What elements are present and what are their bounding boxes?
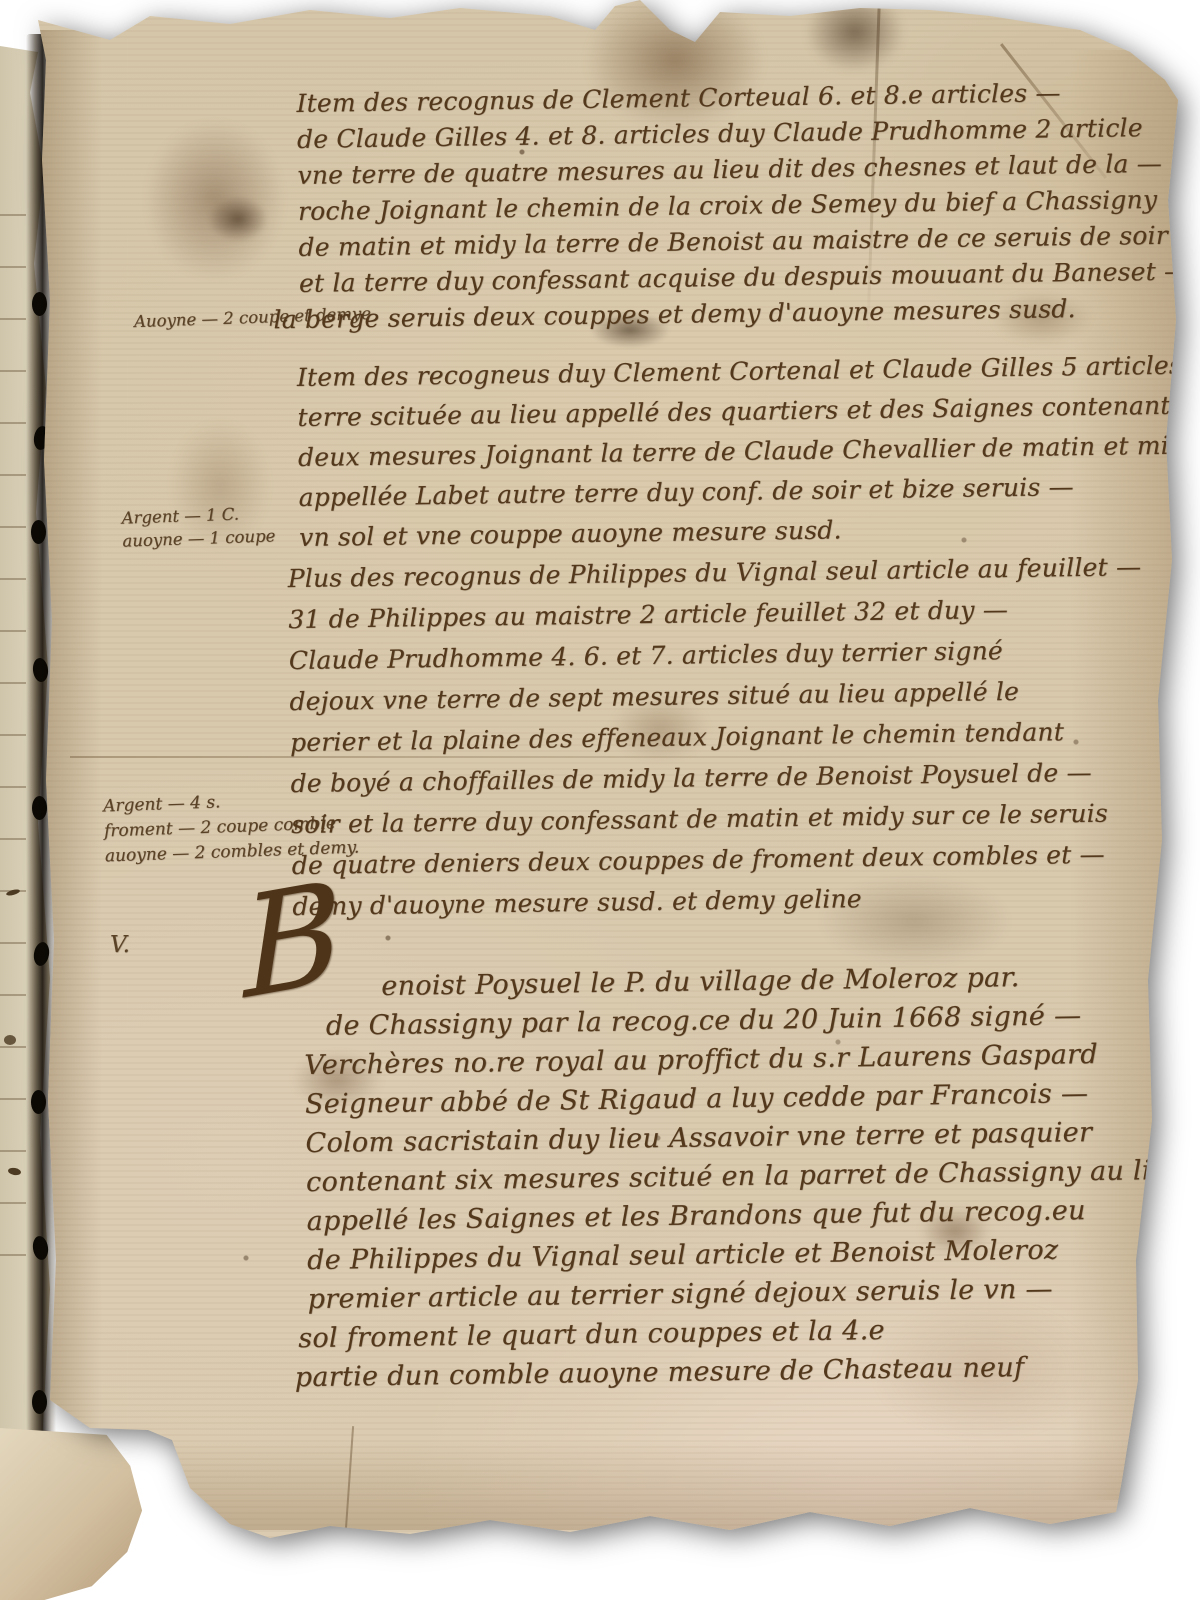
- paragraph-benoist: enoist Poysuel le P. du village de Moler…: [303, 956, 1179, 1397]
- paragraph-item-1: Item des recognus de Clement Corteual 6.…: [296, 74, 1149, 338]
- margin-note-money-oats: Argent — 1 C. auoyne — 1 coupe: [121, 501, 275, 552]
- stacked-page-edges: [0, 180, 26, 1280]
- margin-letter-v: V.: [110, 934, 130, 957]
- paragraph-plus: Plus des recognus de Philippes du Vignal…: [287, 546, 1162, 927]
- book-page-wrap: Auoyne — 2 coupe et demye Argent — 1 C. …: [30, 0, 1190, 1600]
- paragraph-item-2: Item des recogneus duy Clement Cortenal …: [297, 346, 1160, 558]
- manuscript-photo: { "photo": { "subject": "Page manuscrite…: [0, 0, 1200, 1600]
- ink-showthrough-mark: [4, 1035, 16, 1045]
- book-page: Auoyne — 2 coupe et demye Argent — 1 C. …: [30, 0, 1190, 1600]
